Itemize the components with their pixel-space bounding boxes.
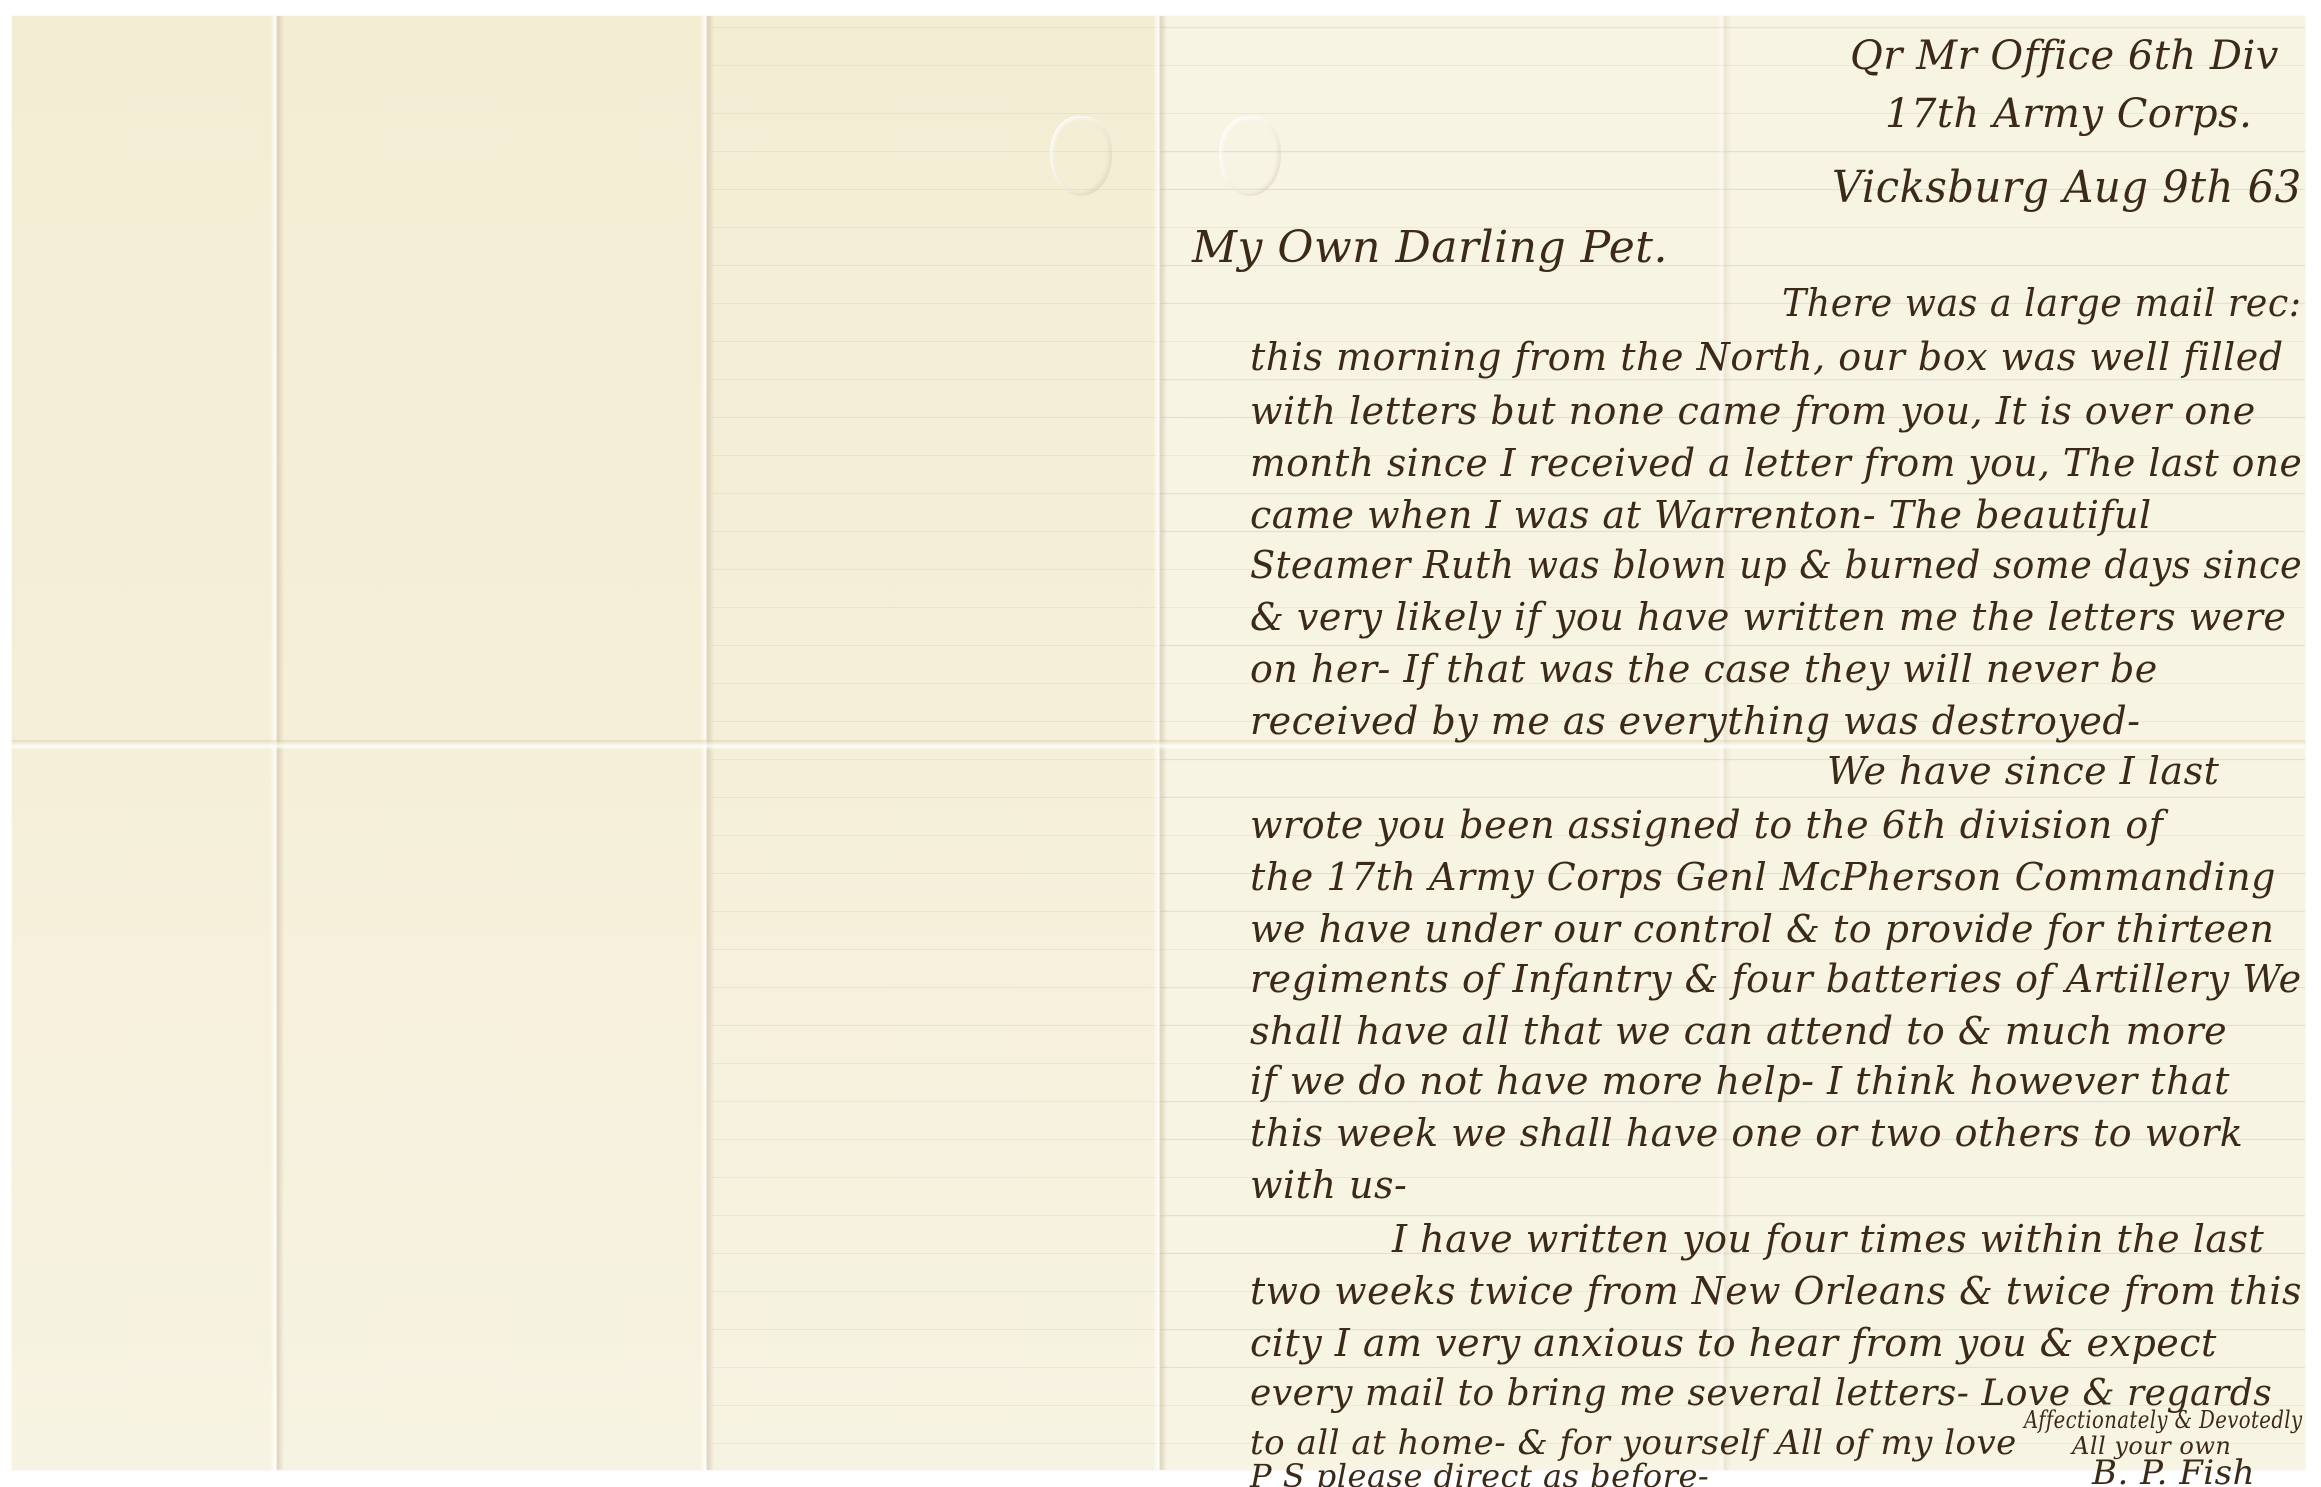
body-line: to all at home- & for yourself All of my… <box>1250 1426 2017 1460</box>
body-line: month since I received a letter from you… <box>1250 444 2302 482</box>
body-line: I have written you four times within the… <box>1392 1220 2264 1258</box>
body-line: with letters but none came from you, It … <box>1250 392 2256 430</box>
body-line: two weeks twice from New Orleans & twice… <box>1250 1272 2302 1310</box>
body-line: on her- If that was the case they will n… <box>1250 650 2158 688</box>
body-line: wrote you been assigned to the 6th divis… <box>1250 806 2163 844</box>
body-line: & very likely if you have written me the… <box>1250 598 2286 636</box>
body-line: if we do not have more help- I think how… <box>1250 1062 2230 1100</box>
body-line: this week we shall have one or two other… <box>1250 1114 2243 1152</box>
letter-sheet: Qr Mr Office 6th Div 17th Army Corps. Vi… <box>12 16 2305 1470</box>
signature: B. P. Fish <box>2092 1456 2255 1487</box>
body-line: There was a large mail rec: <box>1782 284 2302 322</box>
postscript: P S please direct as before- <box>1250 1460 1709 1487</box>
body-line: We have since I last <box>1827 752 2219 790</box>
body-line: Steamer Ruth was blown up & burned some … <box>1250 546 2302 584</box>
body-line: city I am very anxious to hear from you … <box>1250 1324 2217 1362</box>
body-line: we have under our control & to provide f… <box>1250 910 2275 948</box>
salutation: My Own Darling Pet. <box>1192 226 1668 270</box>
body-line: this morning from the North, our box was… <box>1250 338 2284 376</box>
embossed-stamp-icon <box>1050 116 1112 196</box>
heading-office: Qr Mr Office 6th Div <box>1850 36 2279 76</box>
body-line: regiments of Infantry & four batteries o… <box>1250 960 2302 998</box>
place-date: Vicksburg Aug 9th 63 <box>1832 166 2302 210</box>
embossed-stamp-icon <box>1219 116 1281 196</box>
closing-line: Affectionately & Devotedly <box>2024 1408 2303 1432</box>
body-line: received by me as everything was destroy… <box>1250 702 2141 740</box>
heading-corps: 17th Army Corps. <box>1885 94 2252 134</box>
body-line: shall have all that we can attend to & m… <box>1250 1012 2227 1050</box>
body-line: came when I was at Warrenton- The beauti… <box>1250 496 2152 534</box>
body-line: with us- <box>1250 1166 1407 1204</box>
body-line: the 17th Army Corps Genl McPherson Comma… <box>1250 858 2276 896</box>
